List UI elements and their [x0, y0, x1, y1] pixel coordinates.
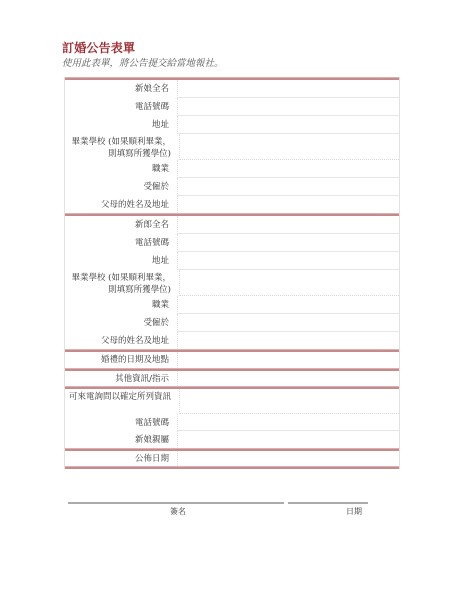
- groom-address-field[interactable]: [177, 252, 399, 270]
- signature-label: 簽名: [170, 506, 186, 517]
- bride-address-row: 地址: [65, 116, 399, 134]
- field-label: 父母的姓名及地址: [65, 196, 177, 213]
- field-label: 公佈日期: [65, 451, 177, 466]
- field-label: 職業: [65, 296, 177, 314]
- groom-name-field[interactable]: [177, 216, 399, 234]
- field-label: 新娘全名: [65, 80, 177, 98]
- field-label: 父母的姓名及地址: [65, 332, 177, 349]
- field-label: 地址: [65, 116, 177, 134]
- bride-phone-field[interactable]: [177, 98, 399, 116]
- field-label: 新郎全名: [65, 216, 177, 234]
- groom-parents-field[interactable]: [177, 332, 399, 349]
- bride-school-field[interactable]: [179, 134, 399, 160]
- date-label: 日期: [346, 506, 362, 517]
- bride-relative-row: 新娘親屬: [65, 431, 399, 448]
- field-label: 受僱於: [65, 178, 177, 196]
- field-label: 電話號碼: [65, 414, 177, 431]
- bride-address-field[interactable]: [177, 116, 399, 134]
- field-label: 受僱於: [65, 314, 177, 332]
- bride-parents-row: 父母的姓名及地址: [65, 196, 399, 213]
- field-label: 電話號碼: [65, 234, 177, 252]
- groom-phone-row: 電話號碼: [65, 234, 399, 252]
- publish-date-row: 公佈日期: [65, 451, 399, 466]
- groom-employer-row: 受僱於: [65, 314, 399, 332]
- contact-row: 可來電詢問以確定所列資訊: [65, 389, 399, 414]
- wedding-date-place-field[interactable]: [177, 352, 399, 368]
- other-info-field[interactable]: [177, 371, 399, 386]
- field-label: 婚禮的日期及地點: [65, 352, 177, 368]
- bride-name-row: 新娘全名: [65, 80, 399, 98]
- publish-date-field[interactable]: [177, 451, 399, 466]
- groom-occupation-field[interactable]: [177, 296, 399, 314]
- bride-occupation-field[interactable]: [177, 160, 399, 178]
- groom-school-row: 畢業學校 (如果順利畢業，則填寫所獲學位): [65, 270, 399, 296]
- contact-phone-field[interactable]: [177, 414, 399, 431]
- form-title: 訂婚公告表單: [62, 39, 135, 56]
- contact-field[interactable]: [179, 389, 399, 414]
- contact-phone-row: 電話號碼: [65, 414, 399, 431]
- bride-school-row: 畢業學校 (如果順利畢業，則填寫所獲學位): [65, 134, 399, 160]
- bride-phone-row: 電話號碼: [65, 98, 399, 116]
- announcement-form: 新娘全名 電話號碼 地址 畢業學校 (如果順利畢業，則填寫所獲學位) 職業 受僱…: [64, 77, 400, 469]
- groom-occupation-row: 職業: [65, 296, 399, 314]
- groom-address-row: 地址: [65, 252, 399, 270]
- field-label: 新娘親屬: [65, 431, 177, 448]
- bride-employer-row: 受僱於: [65, 178, 399, 196]
- signature-line[interactable]: [68, 502, 284, 504]
- bride-employer-field[interactable]: [177, 178, 399, 196]
- bride-relative-field[interactable]: [177, 431, 399, 448]
- field-label: 電話號碼: [65, 98, 177, 116]
- groom-school-field[interactable]: [179, 270, 399, 296]
- field-label: 職業: [65, 160, 177, 178]
- bride-name-field[interactable]: [177, 80, 399, 98]
- groom-employer-field[interactable]: [177, 314, 399, 332]
- groom-name-row: 新郎全名: [65, 216, 399, 234]
- form-subtitle: 使用此表單，將公告提交給當地報社。: [62, 55, 224, 69]
- bride-parents-field[interactable]: [177, 196, 399, 213]
- bride-occupation-row: 職業: [65, 160, 399, 178]
- section-divider: [65, 466, 399, 469]
- field-label: 畢業學校 (如果順利畢業，則填寫所獲學位): [65, 270, 179, 296]
- field-label: 其他資訊/指示: [65, 371, 177, 386]
- field-label: 可來電詢問以確定所列資訊: [65, 389, 179, 414]
- wedding-row: 婚禮的日期及地點: [65, 352, 399, 368]
- groom-parents-row: 父母的姓名及地址: [65, 332, 399, 349]
- field-label: 地址: [65, 252, 177, 270]
- groom-phone-field[interactable]: [177, 234, 399, 252]
- field-label: 畢業學校 (如果順利畢業，則填寫所獲學位): [65, 134, 179, 160]
- date-line[interactable]: [288, 502, 368, 504]
- other-info-row: 其他資訊/指示: [65, 371, 399, 386]
